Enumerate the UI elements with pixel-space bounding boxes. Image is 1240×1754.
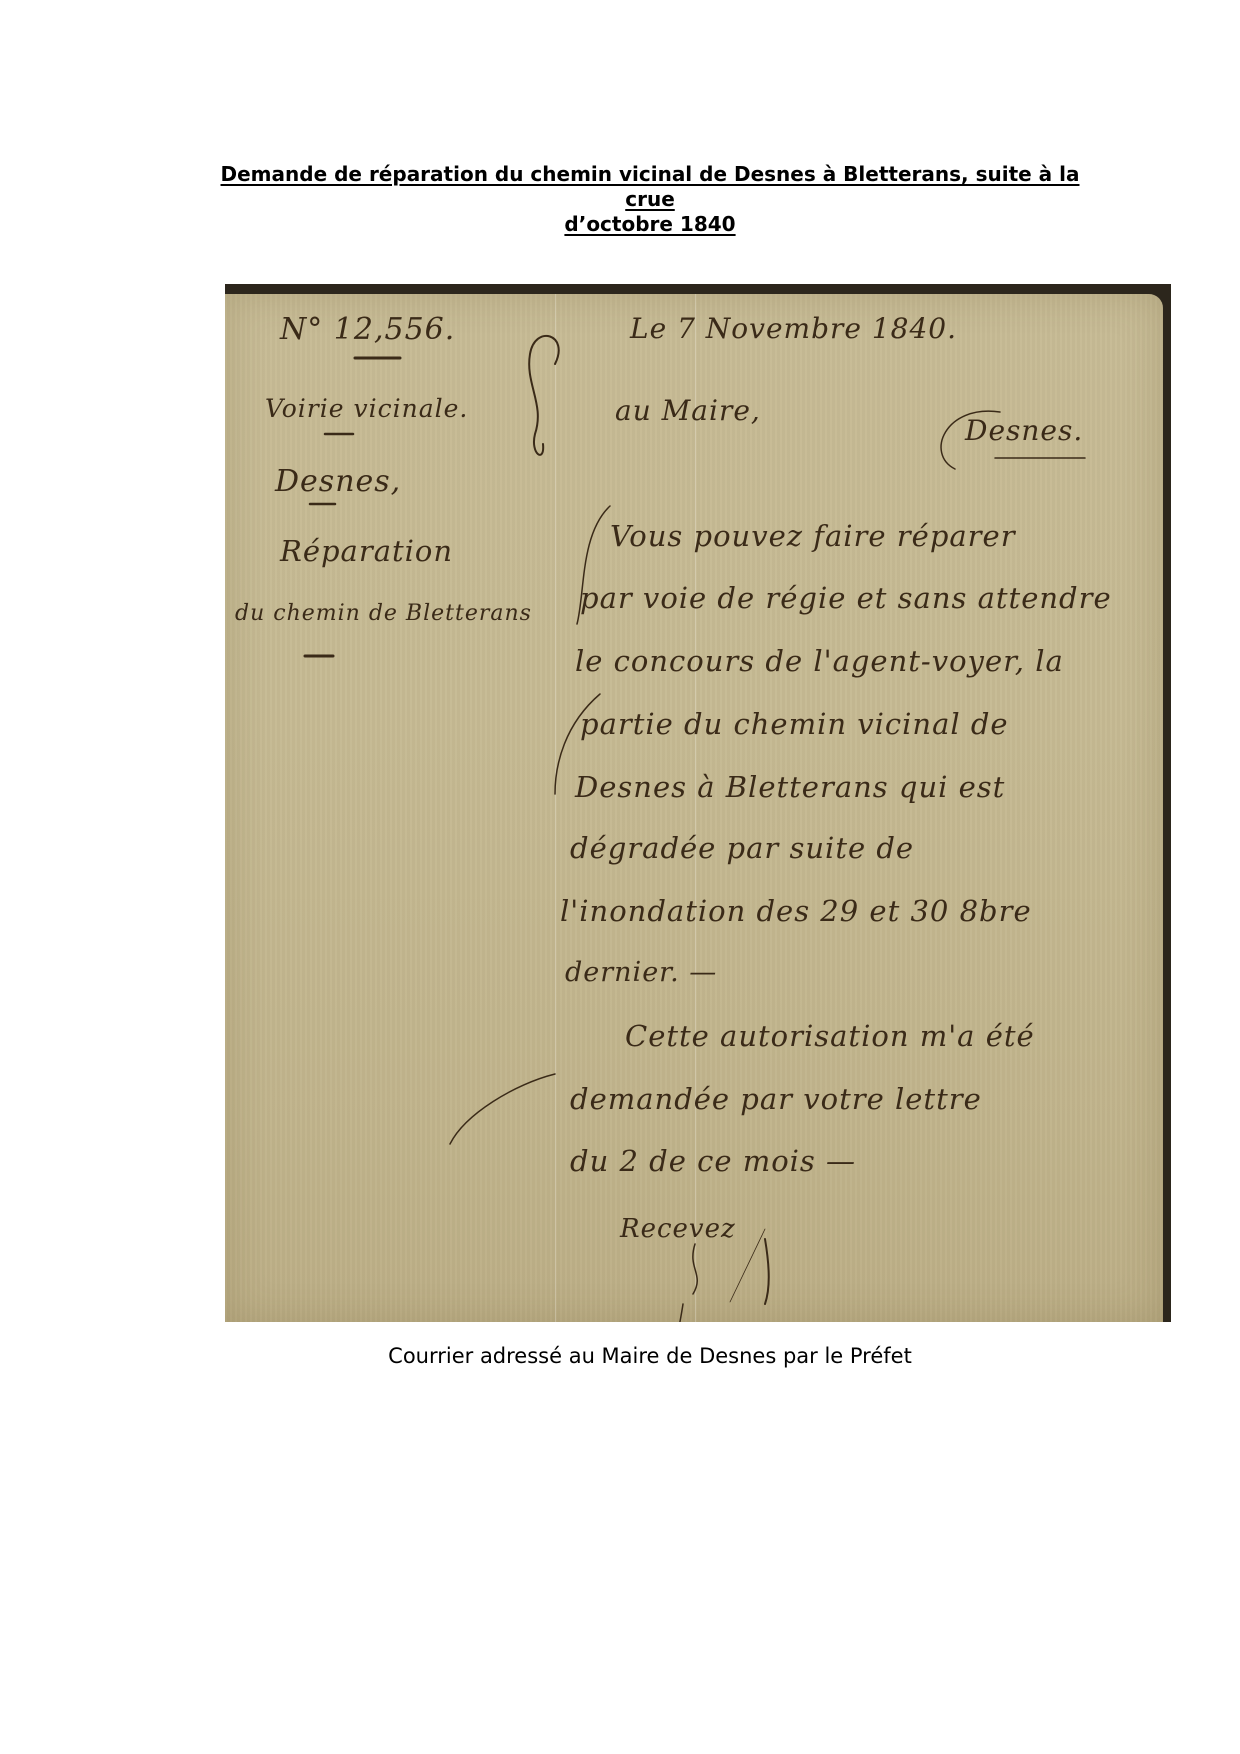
ink-flourishes bbox=[225, 294, 1163, 1322]
title-line-1: Demande de réparation du chemin vicinal … bbox=[200, 162, 1100, 212]
letter-photograph: N° 12,556. Le 7 Novembre 1840. Voirie vi… bbox=[225, 284, 1171, 1322]
letter-paper: N° 12,556. Le 7 Novembre 1840. Voirie vi… bbox=[225, 294, 1163, 1322]
figure-caption: Courrier adressé au Maire de Desnes par … bbox=[200, 1344, 1100, 1368]
document-title: Demande de réparation du chemin vicinal … bbox=[200, 162, 1100, 237]
title-line-2: d’octobre 1840 bbox=[200, 212, 1100, 237]
